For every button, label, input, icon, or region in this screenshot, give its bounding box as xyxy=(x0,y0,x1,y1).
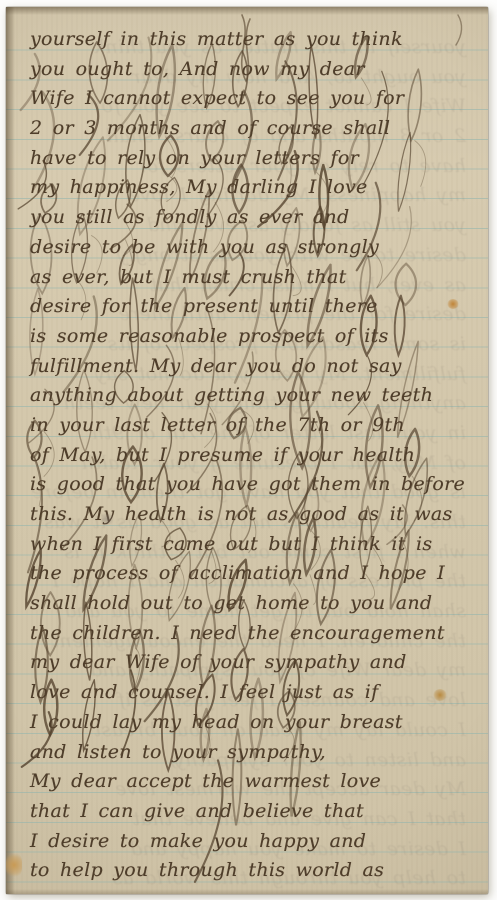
letter-line: of May, but I presume if your health xyxy=(30,441,480,471)
letter-line: the process of acclimation and I hope I xyxy=(30,559,480,589)
letter-line: in your last letter of the 7th or 9th xyxy=(30,411,480,441)
letter-line: to help you through this world as xyxy=(30,856,480,886)
letter-line: is good that you have got them in before xyxy=(30,470,480,500)
letter-line: shall hold out to get home to you and xyxy=(30,589,480,619)
letter-line: yourself in this matter as you think xyxy=(30,25,480,55)
letter-line: have to rely on your letters for xyxy=(30,144,480,174)
letter-line: the children. I need the encouragement xyxy=(30,619,480,649)
letter-line: Wife I cannot expect to see you for xyxy=(30,84,480,114)
letter-body-text: yourself in this matter as you thinkyou … xyxy=(30,25,480,886)
letter-line: desire to be with you as strongly xyxy=(30,233,480,263)
letter-line: that I can give and believe that xyxy=(30,797,480,827)
letter-line: and listen to your sympathy, xyxy=(30,738,480,768)
letter-line: is some reasonable prospect of its xyxy=(30,322,480,352)
letter-line: love and counsel. I feel just as if xyxy=(30,678,480,708)
letter-line: I could lay my head on your breast xyxy=(30,708,480,738)
scanned-letter-image: { "document": { "kind": "handwritten let… xyxy=(0,0,497,900)
letter-line: as ever, but I must crush that xyxy=(30,263,480,293)
letter-line: desire for the present until there xyxy=(30,292,480,322)
paper-top-edge xyxy=(6,7,488,15)
letter-line: 2 or 3 months and of course shall xyxy=(30,114,480,144)
letter-page: yourself in this matter as you thinkyou … xyxy=(6,7,488,894)
letter-line: anything about getting your new teeth xyxy=(30,381,480,411)
letter-line: fulfillment. My dear you do not say xyxy=(30,352,480,382)
letter-line: you still as fondly as ever and xyxy=(30,203,480,233)
letter-line: My dear accept the warmest love xyxy=(30,767,480,797)
letter-line: this. My health is not as good as it was xyxy=(30,500,480,530)
letter-line: you ought to, And now my dear xyxy=(30,55,480,85)
paper-left-edge xyxy=(6,7,15,894)
letter-line: my dear Wife of your sympathy and xyxy=(30,648,480,678)
letter-line: when I first came out but I think it is xyxy=(30,530,480,560)
letter-line: I desire to make you happy and xyxy=(30,827,480,857)
letter-line: my happiness, My darling I love xyxy=(30,173,480,203)
